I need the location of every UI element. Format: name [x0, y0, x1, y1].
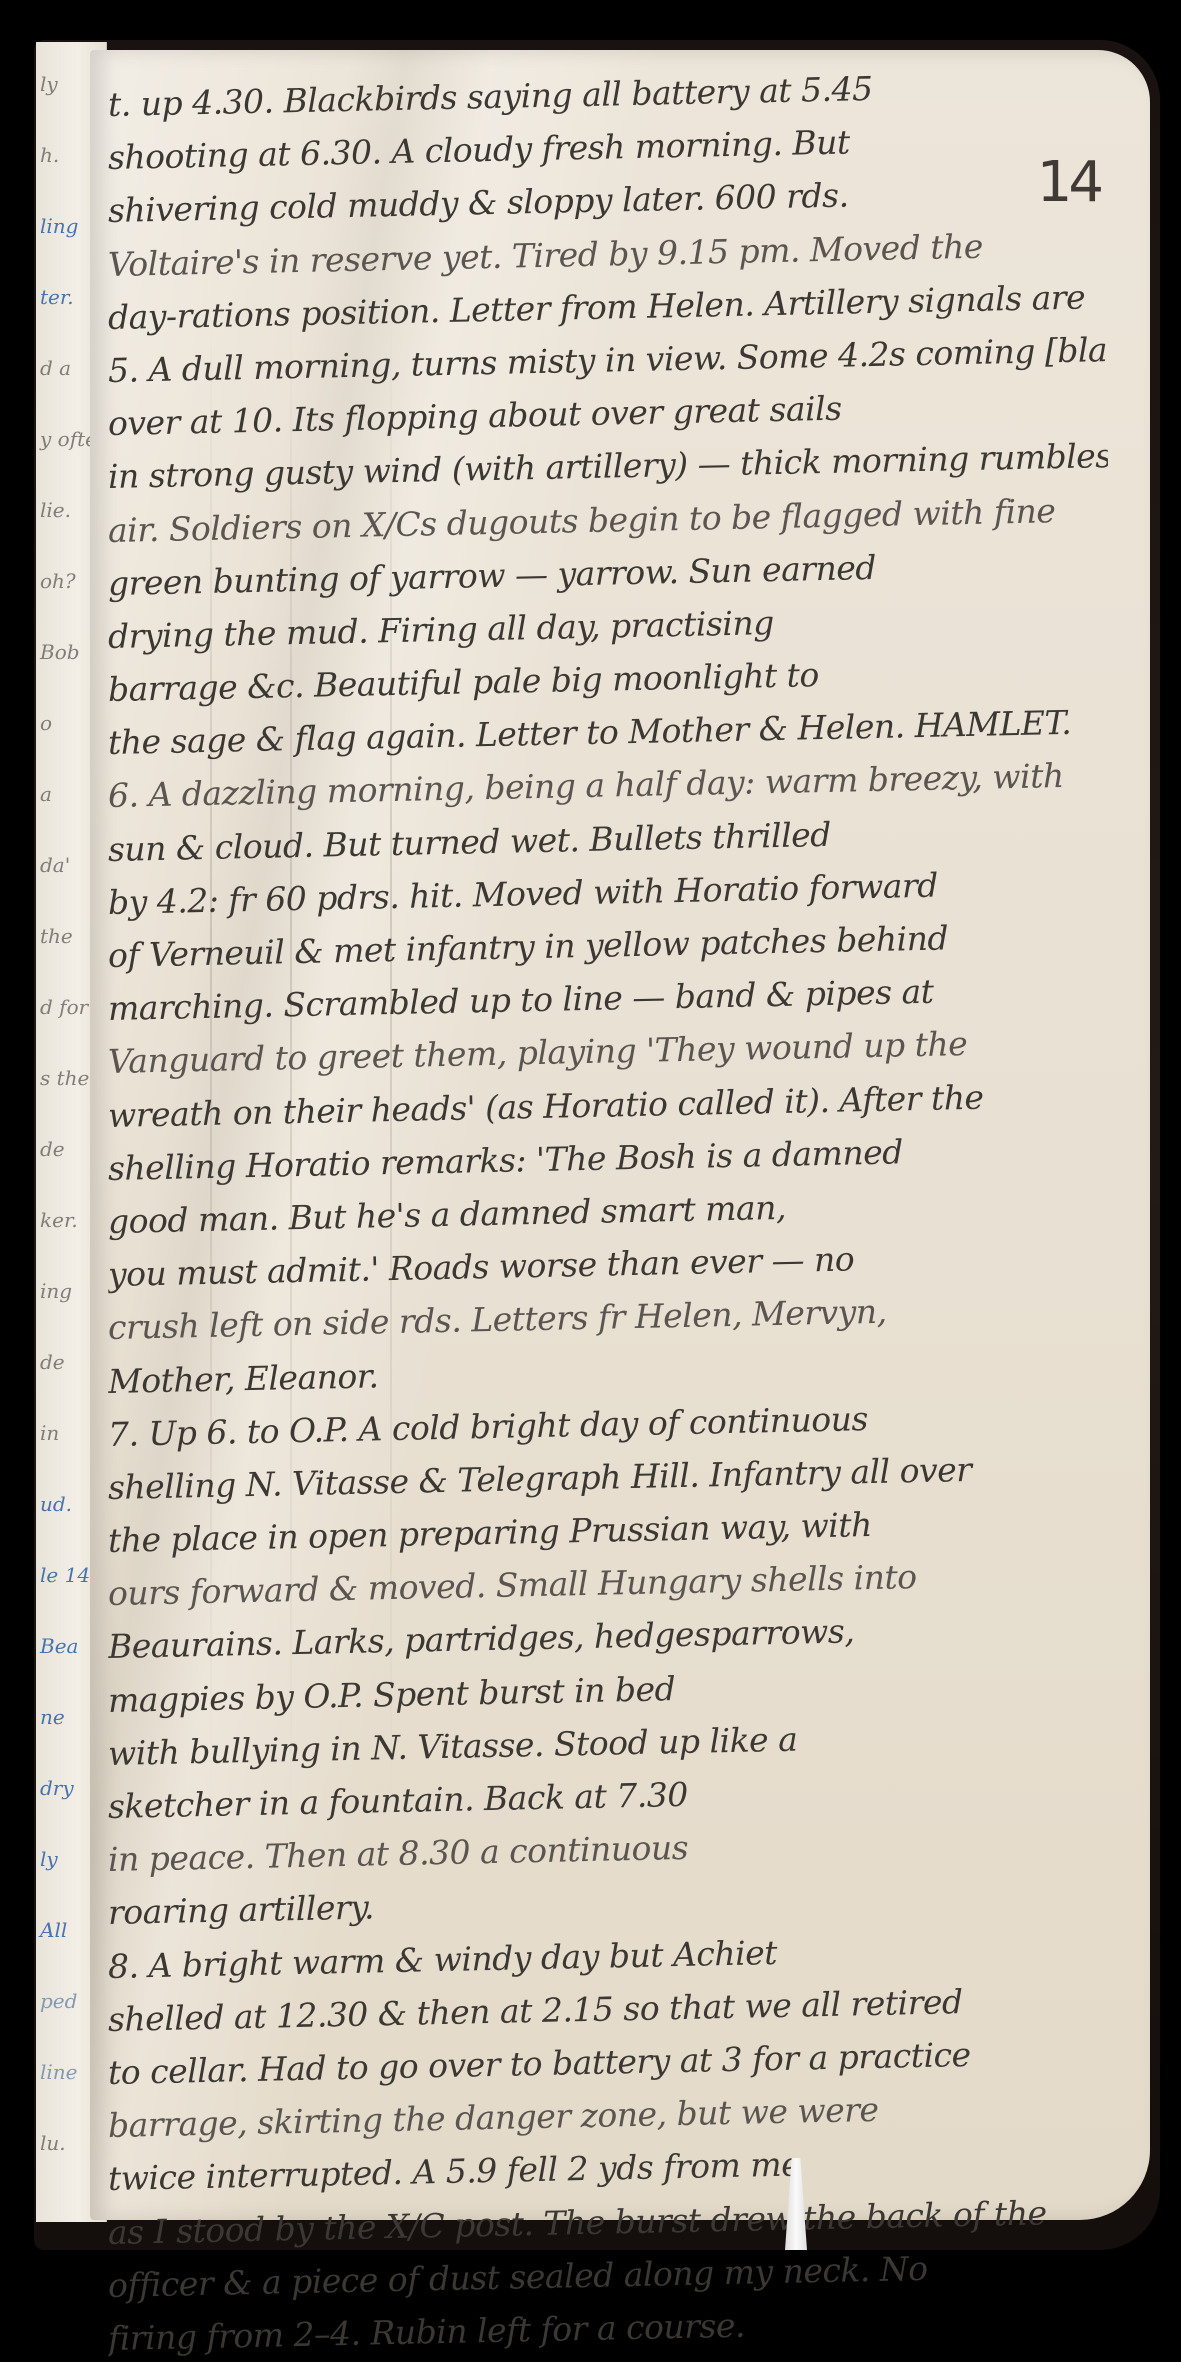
- margin-fragment: ly: [40, 72, 58, 96]
- margin-fragment: All: [40, 1918, 67, 1942]
- margin-fragment: h.: [40, 143, 59, 167]
- margin-fragment: ud.: [40, 1492, 72, 1516]
- margin-fragment: Bob: [40, 640, 80, 664]
- margin-fragment: lie.: [40, 498, 71, 522]
- margin-fragment: de: [40, 1137, 65, 1161]
- margin-fragment: ling: [40, 214, 78, 238]
- margin-fragment: in: [40, 1421, 59, 1445]
- margin-fragment: d for: [40, 995, 88, 1019]
- margin-fragment: Bea: [40, 1634, 78, 1658]
- margin-fragment: ing: [40, 1279, 72, 1303]
- margin-fragment: ly: [40, 1847, 58, 1871]
- margin-fragment: d a: [40, 356, 71, 380]
- margin-fragment: ter.: [40, 285, 74, 309]
- margin-fragment: le 14: [40, 1563, 90, 1587]
- margin-fragment: de: [40, 1350, 65, 1374]
- diary-page: 14 t. up 4.30. Blackbirds saying all bat…: [90, 50, 1150, 2220]
- margin-fragment: line: [40, 2060, 78, 2084]
- diary-entries: t. up 4.30. Blackbirds saying all batter…: [108, 78, 1108, 2362]
- margin-fragment: ped: [40, 1989, 77, 2013]
- margin-fragment: lu.: [40, 2131, 66, 2155]
- margin-fragment: da': [40, 853, 70, 877]
- margin-fragment: the: [40, 924, 73, 948]
- margin-fragment: a: [40, 782, 52, 806]
- margin-fragment: dry: [40, 1776, 74, 1800]
- margin-fragment: o: [40, 711, 52, 735]
- margin-fragment: ker.: [40, 1208, 78, 1232]
- margin-fragment: ne: [40, 1705, 65, 1729]
- margin-fragment: s the: [40, 1066, 89, 1090]
- margin-fragment: oh?: [40, 569, 76, 593]
